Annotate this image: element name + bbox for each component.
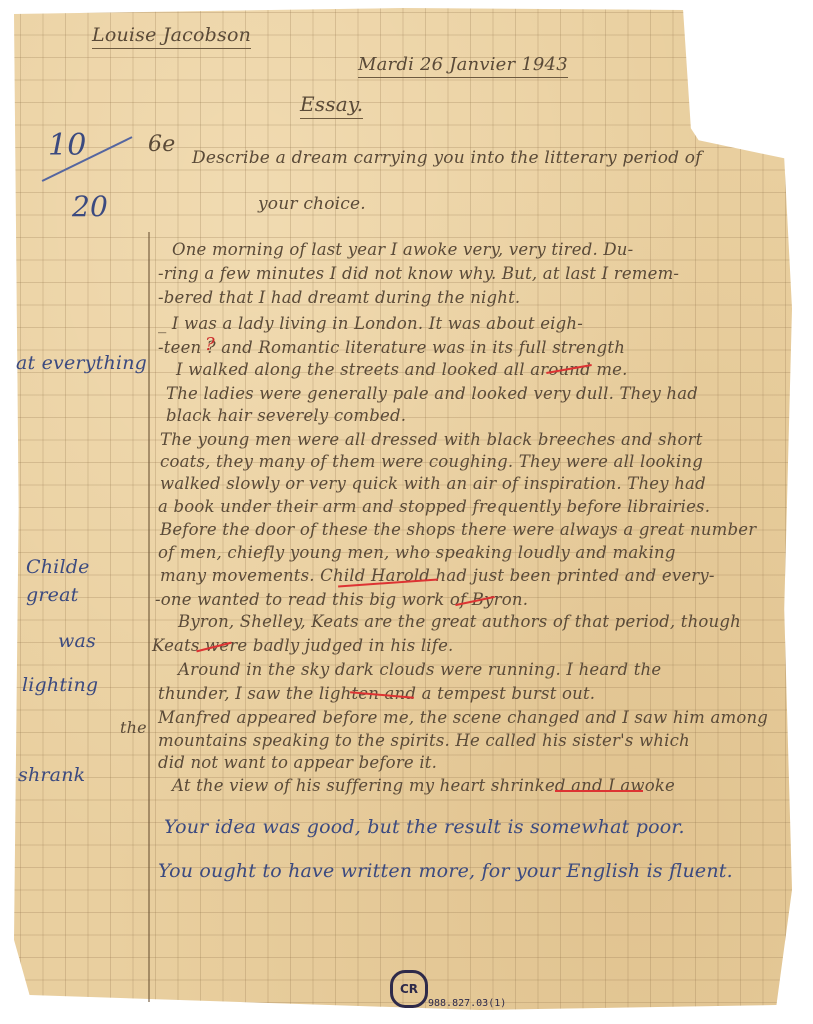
margin-correction: great <box>26 584 78 606</box>
essay-line: Byron, Shelley, Keats are the great auth… <box>178 612 741 631</box>
essay-line: Before the door of these the shops there… <box>160 520 756 539</box>
margin-correction: at everything <box>16 352 147 374</box>
student-name: Louise Jacobson <box>92 24 251 49</box>
essay-line: Around in the sky dark clouds were runni… <box>178 660 661 679</box>
essay-title: Essay. <box>300 92 363 119</box>
essay-line: many movements. Child Harold had just be… <box>160 566 715 585</box>
essay-line: a book under their arm and stopped frequ… <box>158 497 710 516</box>
prompt-line-2: your choice. <box>258 194 366 214</box>
essay-line: -bered that I had dreamt during the nigh… <box>158 288 520 307</box>
archive-stamp: CR <box>390 970 428 1008</box>
margin-correction: shrank <box>18 764 85 786</box>
margin-correction: the <box>120 718 147 737</box>
essay-line: The young men were all dressed with blac… <box>160 430 703 449</box>
red-question-mark: ? <box>205 334 215 355</box>
essay-line: Manfred appeared before me, the scene ch… <box>158 708 768 727</box>
essay-line: of men, chiefly young men, who speaking … <box>158 543 676 562</box>
essay-line: walked slowly or very quick with an air … <box>160 474 706 493</box>
essay-line: -teen ? and Romantic literature was in i… <box>158 338 625 357</box>
essay-line: At the view of his suffering my heart sh… <box>172 776 675 795</box>
teacher-comment: You ought to have written more, for your… <box>158 860 733 882</box>
grade-score: 10 <box>48 128 87 163</box>
stamp-text: CR <box>400 982 418 996</box>
teacher-comment: Your idea was good, but the result is so… <box>164 816 685 838</box>
essay-line: The ladies were generally pale and looke… <box>166 384 698 403</box>
margin-correction: was <box>58 630 96 652</box>
essay-line: One morning of last year I awoke very, v… <box>172 240 633 259</box>
essay-line: mountains speaking to the spirits. He ca… <box>158 731 690 750</box>
prompt-line-1: Describe a dream carrying you into the l… <box>192 148 702 168</box>
red-correction-strike <box>555 790 643 792</box>
class-level: 6e <box>148 132 175 157</box>
essay-line: -ring a few minutes I did not know why. … <box>158 264 679 283</box>
margin-correction: lighting <box>22 674 98 696</box>
essay-line: black hair severely combed. <box>166 406 406 425</box>
grade-out-of: 20 <box>72 190 108 223</box>
essay-line: did not want to appear before it. <box>158 753 437 772</box>
margin-correction: Childe <box>26 556 90 578</box>
catalog-number: 988.827.03(1) <box>428 998 506 1009</box>
essay-line: coats, they many of them were coughing. … <box>160 452 703 471</box>
essay-line: _ I was a lady living in London. It was … <box>158 314 583 333</box>
margin-line <box>148 232 150 1002</box>
essay-date: Mardi 26 Janvier 1943 <box>358 54 568 78</box>
